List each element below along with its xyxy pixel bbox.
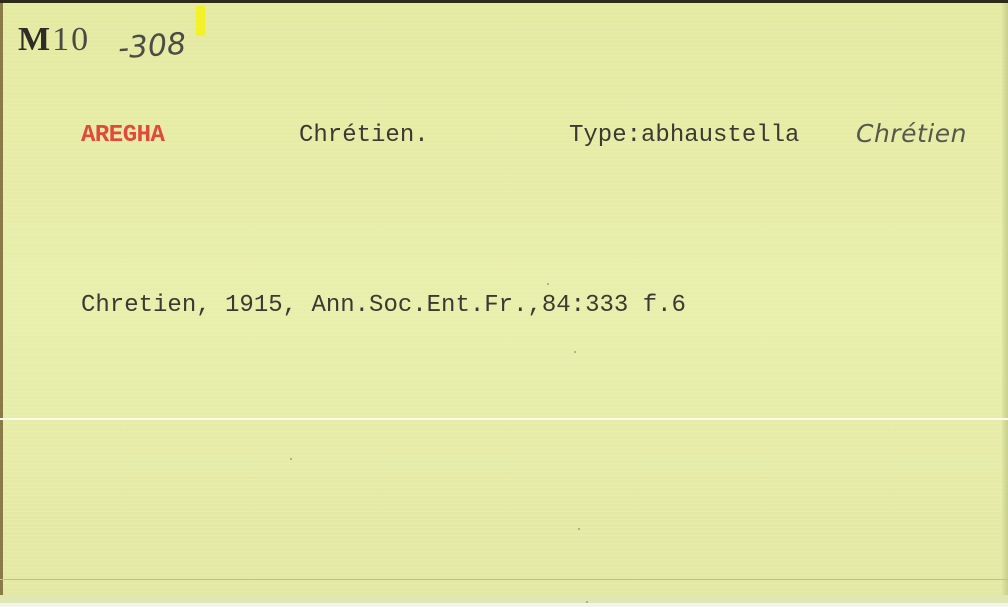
index-card: M10 -308 AREGHA Chrétien. Type:abhaustel… xyxy=(0,0,1008,600)
paper-speck xyxy=(586,601,588,603)
call-number-digits: 10 xyxy=(52,21,90,58)
scan-artifact-line xyxy=(0,418,1008,420)
paper-speck xyxy=(578,528,580,530)
highlighter-mark xyxy=(196,6,205,36)
card-right-edge xyxy=(1002,3,1008,603)
genus-author: Chrétien. xyxy=(299,122,429,149)
card-rule-line xyxy=(0,579,1008,580)
paper-speck xyxy=(574,351,576,353)
type-author-handwritten: Chrétien xyxy=(856,119,967,148)
bibliographic-reference: Chretien, 1915, Ann.Soc.Ent.Fr.,84:333 f… xyxy=(81,292,686,319)
paper-speck xyxy=(290,458,292,460)
genus-name: AREGHA xyxy=(81,122,164,149)
call-number: M10 xyxy=(18,21,90,59)
card-left-edge xyxy=(0,3,3,603)
type-species: Type:abhaustella xyxy=(569,122,799,149)
paper-speck xyxy=(547,283,549,285)
handwritten-number: -308 xyxy=(117,27,187,67)
card-bottom-strip xyxy=(0,595,1008,603)
call-number-prefix: M xyxy=(18,21,52,58)
